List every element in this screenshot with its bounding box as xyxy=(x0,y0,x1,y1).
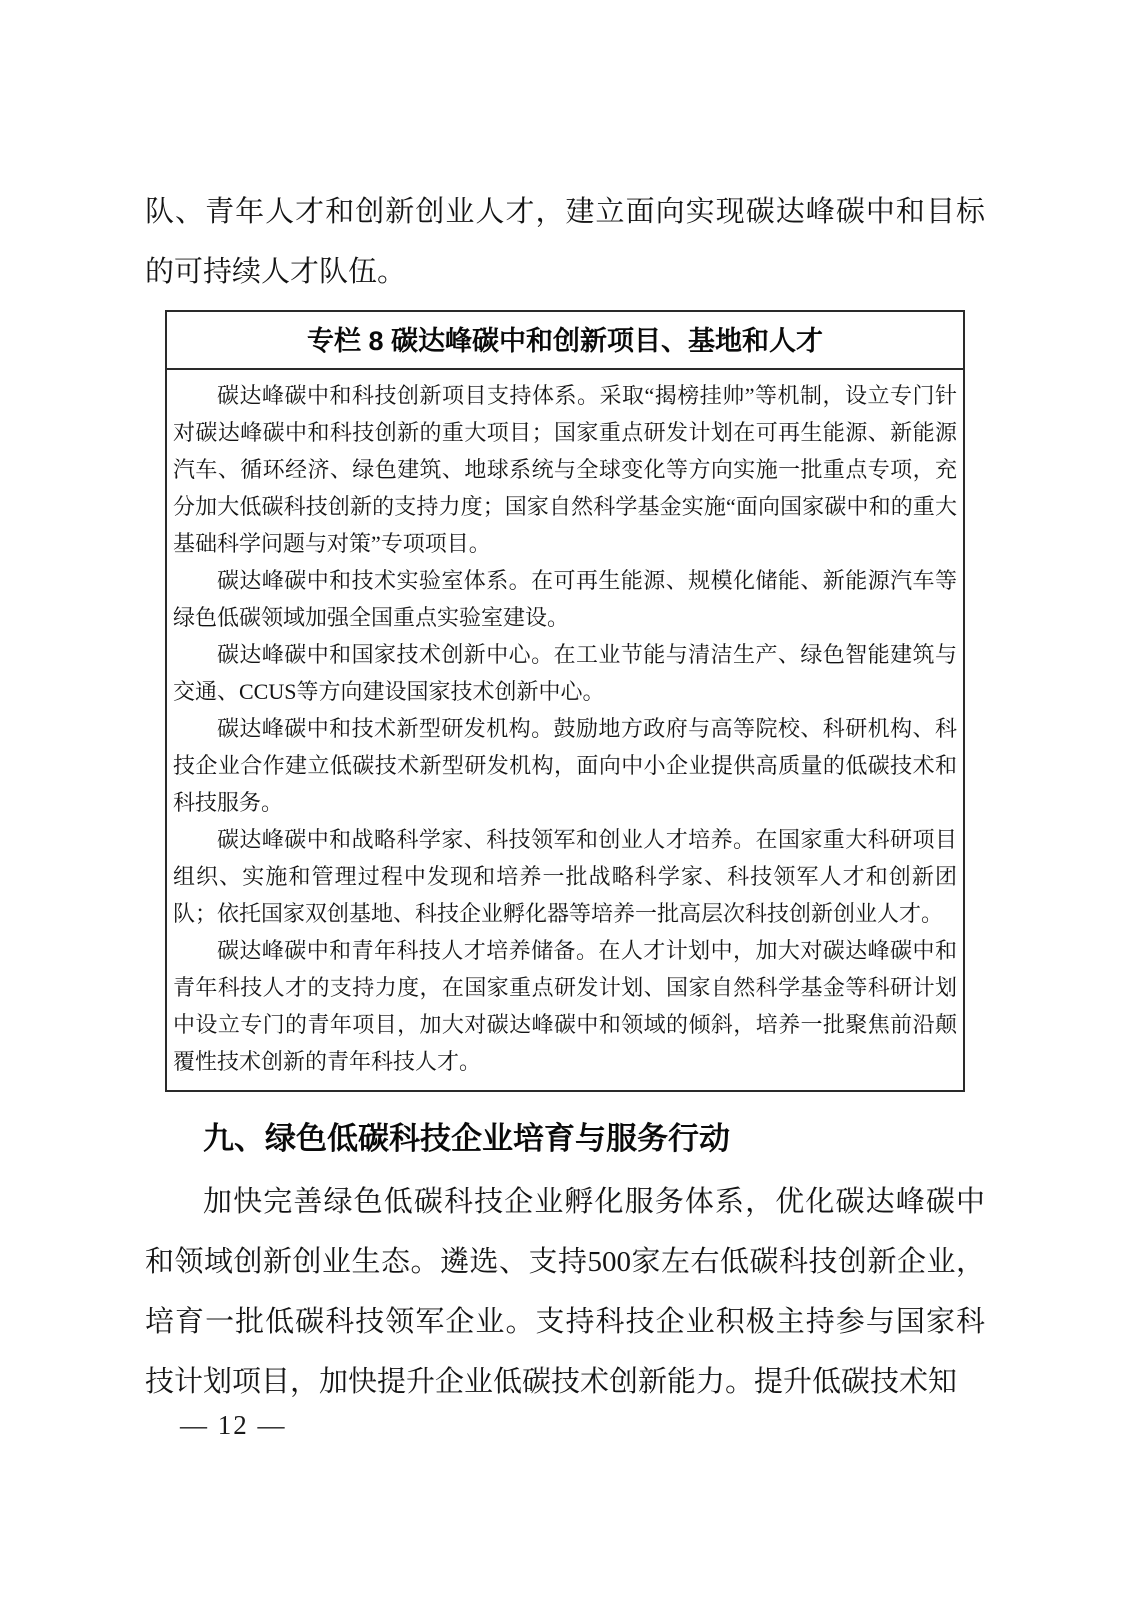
box-paragraph-laboratory-system: 碳达峰碳中和技术实验室体系。在可再生能源、规模化储能、新能源汽车等绿色低碳领域加… xyxy=(173,562,957,636)
paragraph-section-nine-body: 加快完善绿色低碳科技企业孵化服务体系，优化碳达峰碳中和领域创新创业生态。遴选、支… xyxy=(145,1172,985,1412)
section-heading-nine: 九、绿色低碳科技企业培育与服务行动 xyxy=(145,1116,985,1162)
column-box-body: 碳达峰碳中和科技创新项目支持体系。采取“揭榜挂帅”等机制，设立专门针对碳达峰碳中… xyxy=(167,370,963,1090)
page-content: 队、青年人才和创新创业人才，建立面向实现碳达峰碳中和目标的可持续人才队伍。 专栏… xyxy=(145,0,985,1412)
box-paragraph-talent-cultivation: 碳达峰碳中和战略科学家、科技领军和创业人才培养。在国家重大科研项目组织、实施和管… xyxy=(173,821,957,932)
page-number: — 12 — xyxy=(180,1410,287,1441)
document-page: 队、青年人才和创新创业人才，建立面向实现碳达峰碳中和目标的可持续人才队伍。 专栏… xyxy=(0,0,1131,1600)
column-box-title: 专栏 8 碳达峰碳中和创新项目、基地和人才 xyxy=(167,312,963,370)
box-paragraph-national-innovation-center: 碳达峰碳中和国家技术创新中心。在工业节能与清洁生产、绿色智能建筑与交通、CCUS… xyxy=(173,636,957,710)
column-box-8: 专栏 8 碳达峰碳中和创新项目、基地和人才 碳达峰碳中和科技创新项目支持体系。采… xyxy=(165,310,965,1092)
box-paragraph-rd-institutions: 碳达峰碳中和技术新型研发机构。鼓励地方政府与高等院校、科研机构、科技企业合作建立… xyxy=(173,710,957,821)
box-paragraph-project-support: 碳达峰碳中和科技创新项目支持体系。采取“揭榜挂帅”等机制，设立专门针对碳达峰碳中… xyxy=(173,377,957,562)
paragraph-continuation: 队、青年人才和创新创业人才，建立面向实现碳达峰碳中和目标的可持续人才队伍。 xyxy=(145,0,985,302)
box-paragraph-young-talent-reserve: 碳达峰碳中和青年科技人才培养储备。在人才计划中，加大对碳达峰碳中和青年科技人才的… xyxy=(173,932,957,1080)
